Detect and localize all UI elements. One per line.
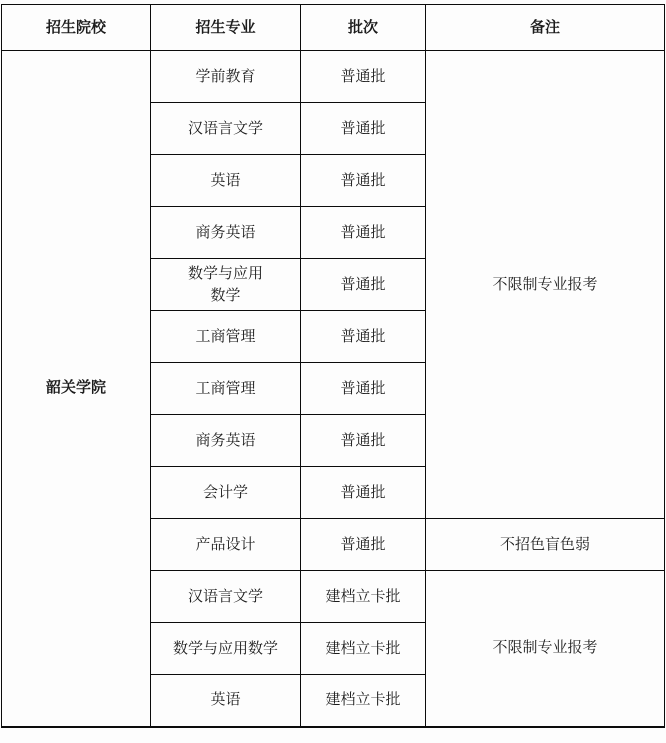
- page: 招生院校 招生专业 批次 备注 韶关学院 学前教育 普通批 不限制专业报考 汉语…: [0, 0, 666, 743]
- major-cell: 商务英语: [151, 415, 301, 467]
- major-cell: 英语: [151, 155, 301, 207]
- header-college: 招生院校: [2, 5, 151, 51]
- batch-cell: 普通批: [301, 155, 426, 207]
- header-batch: 批次: [301, 5, 426, 51]
- batch-cell: 普通批: [301, 207, 426, 259]
- major-cell: 数学与应用 数学: [151, 259, 301, 311]
- header-major: 招生专业: [151, 5, 301, 51]
- batch-cell: 普通批: [301, 415, 426, 467]
- major-cell: 工商管理: [151, 363, 301, 415]
- remark-cell: 不限制专业报考: [426, 571, 665, 727]
- batch-cell: 普通批: [301, 259, 426, 311]
- major-cell: 商务英语: [151, 207, 301, 259]
- batch-cell: 普通批: [301, 311, 426, 363]
- batch-cell: 建档立卡批: [301, 571, 426, 623]
- college-cell: 韶关学院: [2, 51, 151, 727]
- header-remark: 备注: [426, 5, 665, 51]
- admissions-table: 招生院校 招生专业 批次 备注 韶关学院 学前教育 普通批 不限制专业报考 汉语…: [1, 4, 665, 728]
- remark-cell: 不招色盲色弱: [426, 519, 665, 571]
- batch-cell: 建档立卡批: [301, 675, 426, 727]
- batch-cell: 建档立卡批: [301, 623, 426, 675]
- major-cell: 学前教育: [151, 51, 301, 103]
- batch-cell: 普通批: [301, 363, 426, 415]
- major-cell: 英语: [151, 675, 301, 727]
- batch-cell: 普通批: [301, 519, 426, 571]
- header-row: 招生院校 招生专业 批次 备注: [2, 5, 665, 51]
- remark-cell: 不限制专业报考: [426, 51, 665, 519]
- table-row: 韶关学院 学前教育 普通批 不限制专业报考: [2, 51, 665, 103]
- batch-cell: 普通批: [301, 467, 426, 519]
- major-cell: 汉语言文学: [151, 571, 301, 623]
- major-cell: 会计学: [151, 467, 301, 519]
- major-cell: 数学与应用数学: [151, 623, 301, 675]
- major-cell: 工商管理: [151, 311, 301, 363]
- major-cell: 汉语言文学: [151, 103, 301, 155]
- batch-cell: 普通批: [301, 103, 426, 155]
- batch-cell: 普通批: [301, 51, 426, 103]
- major-cell: 产品设计: [151, 519, 301, 571]
